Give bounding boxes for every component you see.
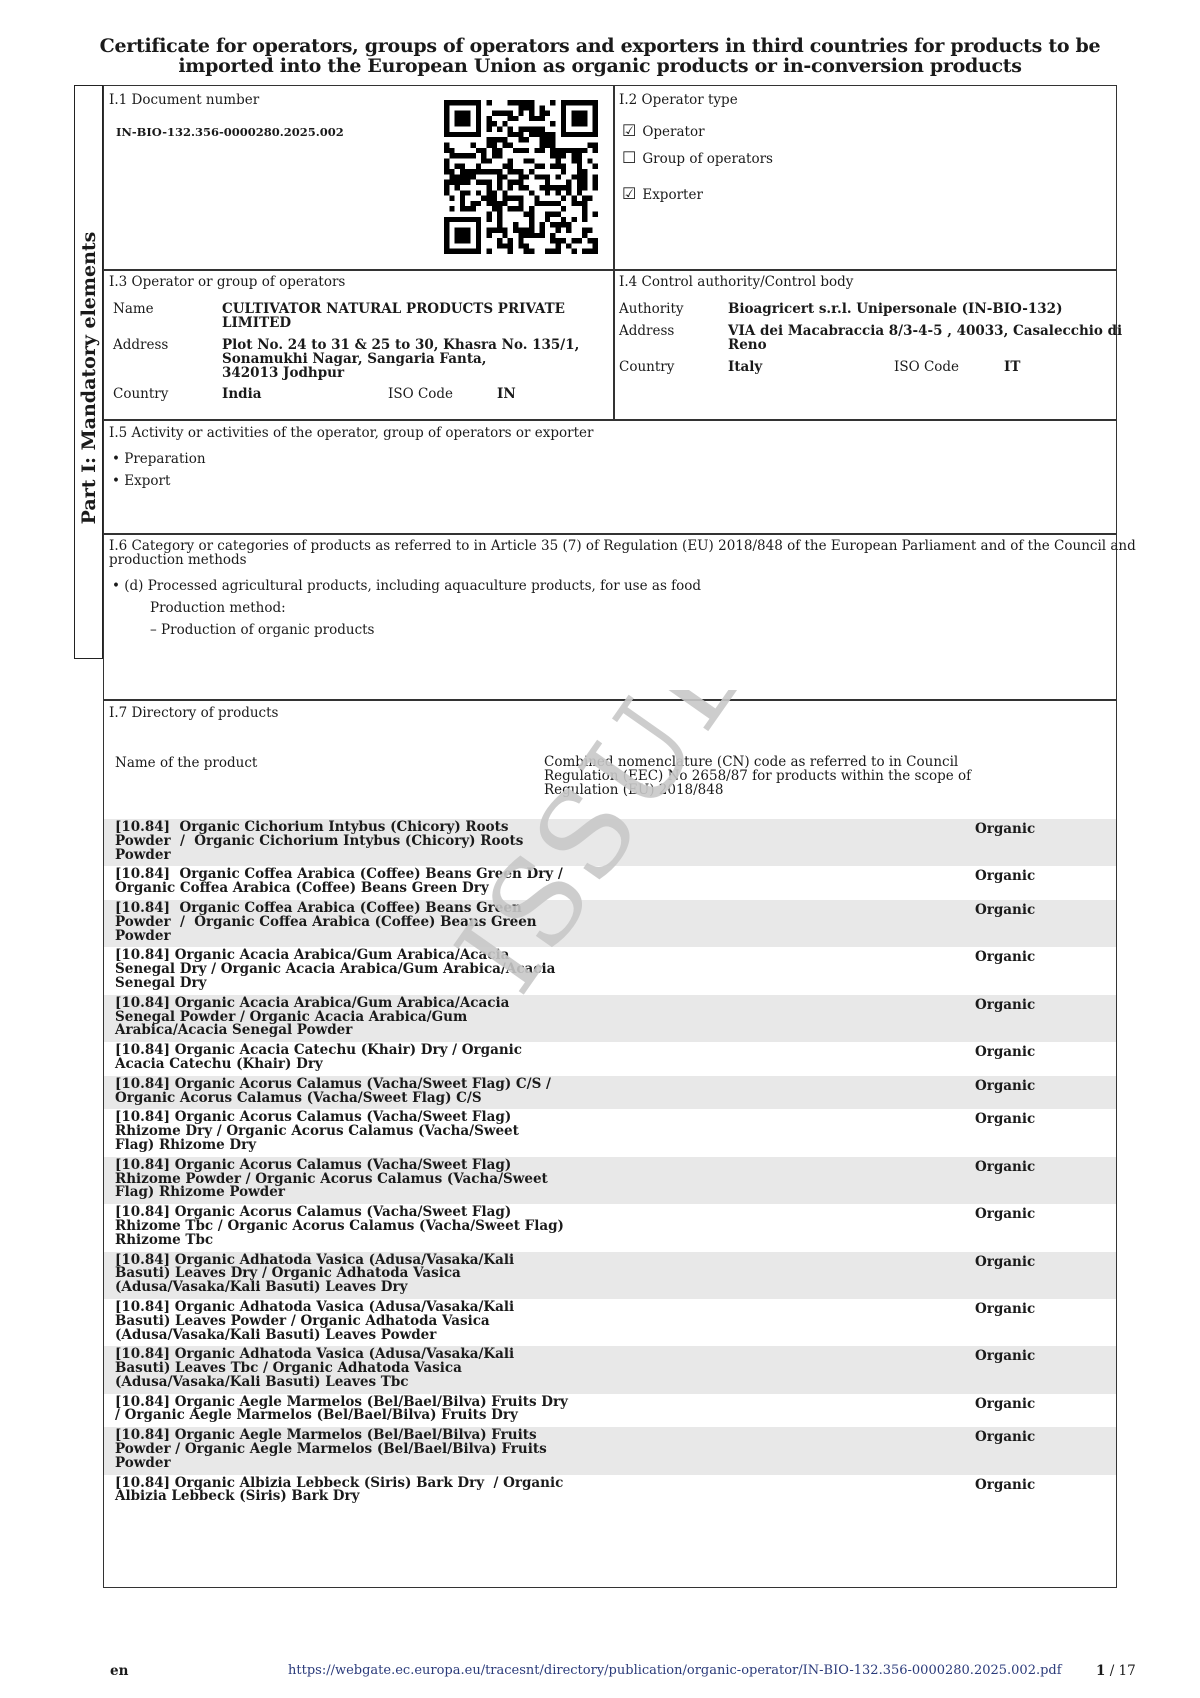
product-name-line: Flag) Rhizome Dry: [115, 1139, 536, 1153]
address-line: VIA dei Macabraccia 8/3-4-5 , 40033, Cas…: [728, 324, 1122, 338]
product-name: [10.84] Organic Acorus Calamus (Vacha/Sw…: [104, 1076, 544, 1110]
section-1-2-box: [613, 85, 1117, 271]
activity-item: • Export: [112, 473, 170, 489]
product-cn-code: [544, 1346, 975, 1393]
header-line: Regulation (EEC) No 2658/87 for products…: [544, 769, 971, 783]
address-line: 342013 Jodhpur: [222, 366, 579, 380]
section-1-7-label: I.7 Directory of products: [109, 705, 278, 721]
column-header-product-name: Name of the product: [115, 755, 257, 771]
product-name: [10.84] Organic Adhatoda Vasica (Adusa/V…: [104, 1346, 544, 1393]
product-name: [10.84] Organic Aegle Marmelos (Bel/Bael…: [104, 1394, 544, 1428]
checkbox-unchecked-icon[interactable]: ☐: [622, 148, 636, 167]
product-name-line: (Adusa/Vasaka/Kali Basuti) Leaves Dry: [115, 1281, 536, 1295]
language-code: en: [110, 1663, 128, 1679]
product-name-line: Powder / Organic Cichorium Intybus (Chic…: [115, 835, 536, 849]
table-row: [10.84] Organic Adhatoda Vasica (Adusa/V…: [104, 1346, 1116, 1393]
label-line: I.6 Category or categories of products a…: [109, 539, 1136, 553]
production-method: – Production of organic products: [150, 622, 374, 638]
product-status: Organic: [975, 1394, 1116, 1428]
title-line-1: Certificate for operators, groups of ope…: [80, 36, 1120, 56]
product-name: [10.84] Organic Adhatoda Vasica (Adusa/V…: [104, 1299, 544, 1346]
product-status: Organic: [975, 947, 1116, 994]
product-name: [10.84] Organic Cichorium Intybus (Chico…: [104, 819, 544, 866]
product-name: [10.84] Organic Adhatoda Vasica (Adusa/V…: [104, 1252, 544, 1299]
product-name-line: (Adusa/Vasaka/Kali Basuti) Leaves Powder: [115, 1329, 536, 1343]
document-number: IN-BIO-132.356-0000280.2025.002: [116, 125, 344, 139]
header-line: Regulation (EU) 2018/848: [544, 783, 971, 797]
product-status: Organic: [975, 1299, 1116, 1346]
product-name: [10.84] Organic Acacia Catechu (Khair) D…: [104, 1042, 544, 1076]
product-cn-code: [544, 1475, 975, 1509]
product-status: Organic: [975, 1042, 1116, 1076]
product-cn-code: [544, 900, 975, 947]
operator-type-group[interactable]: ☐Group of operators: [622, 148, 773, 167]
activity-item: • Preparation: [112, 451, 206, 467]
product-name: [10.84] Organic Albizia Lebbeck (Siris) …: [104, 1475, 544, 1509]
product-name-line: Organic Coffea Arabica (Coffee) Beans Gr…: [115, 882, 536, 896]
product-name-line: Powder / Organic Coffea Arabica (Coffee)…: [115, 916, 536, 930]
product-name-line: Senegal Dry: [115, 977, 536, 991]
product-cn-code: [544, 866, 975, 900]
product-status: Organic: [975, 1109, 1116, 1156]
option-label: Exporter: [642, 187, 703, 203]
product-name: [10.84] Organic Acorus Calamus (Vacha/Sw…: [104, 1204, 544, 1251]
operator-iso-label: ISO Code: [388, 386, 453, 402]
product-name-line: Powder: [115, 849, 536, 863]
part-label-text: Part I: Mandatory elements: [78, 231, 100, 524]
address-line: Plot No. 24 to 31 & 25 to 30, Khasra No.…: [222, 338, 579, 352]
address-line: Sonamukhi Nagar, Sangaria Fanta,: [222, 352, 579, 366]
authority-iso-label: ISO Code: [894, 359, 959, 375]
product-name-line: Powder: [115, 1457, 536, 1471]
operator-country-label: Country: [113, 386, 168, 402]
column-header-cn-code: Combined nomenclature (CN) code as refer…: [544, 755, 971, 797]
operator-iso: IN: [497, 387, 516, 401]
operator-name-line: LIMITED: [222, 316, 565, 330]
product-category: • (d) Processed agricultural products, i…: [112, 578, 701, 594]
product-cn-code: [544, 1076, 975, 1110]
certificate-title: Certificate for operators, groups of ope…: [80, 36, 1120, 76]
section-1-1-label: I.1 Document number: [109, 92, 259, 108]
table-row: [10.84] Organic Aegle Marmelos (Bel/Bael…: [104, 1394, 1116, 1428]
product-cn-code: [544, 1427, 975, 1474]
table-row: [10.84] Organic Acacia Arabica/Gum Arabi…: [104, 995, 1116, 1042]
table-row: [10.84] Organic Acorus Calamus (Vacha/Sw…: [104, 1109, 1116, 1156]
product-name-line: Powder / Organic Aegle Marmelos (Bel/Bae…: [115, 1443, 536, 1457]
authority-country: Italy: [728, 360, 762, 374]
product-status: Organic: [975, 1346, 1116, 1393]
product-cn-code: [544, 995, 975, 1042]
operator-name-label: Name: [113, 301, 154, 317]
qr-code-icon: [444, 100, 598, 254]
operator-type-exporter[interactable]: ☑Exporter: [622, 184, 703, 203]
product-name: [10.84] Organic Acorus Calamus (Vacha/Sw…: [104, 1109, 544, 1156]
option-label: Operator: [642, 124, 704, 140]
product-status: Organic: [975, 1157, 1116, 1204]
page-number: 1: [1096, 1663, 1105, 1679]
product-name-line: / Organic Aegle Marmelos (Bel/Bael/Bilva…: [115, 1409, 536, 1423]
title-line-2: imported into the European Union as orga…: [80, 56, 1120, 76]
operator-type-operator[interactable]: ☑Operator: [622, 121, 705, 140]
table-row: [10.84] Organic Acacia Arabica/Gum Arabi…: [104, 947, 1116, 994]
header-line: Combined nomenclature (CN) code as refer…: [544, 755, 971, 769]
document-url-link[interactable]: https://webgate.ec.europa.eu/tracesnt/di…: [288, 1663, 1062, 1678]
authority-address-label: Address: [619, 323, 674, 339]
table-row: [10.84] Organic Acorus Calamus (Vacha/Sw…: [104, 1204, 1116, 1251]
operator-country: India: [222, 387, 261, 401]
product-name: [10.84] Organic Aegle Marmelos (Bel/Bael…: [104, 1427, 544, 1474]
product-cn-code: [544, 1157, 975, 1204]
product-status: Organic: [975, 866, 1116, 900]
product-status: Organic: [975, 1204, 1116, 1251]
product-status: Organic: [975, 995, 1116, 1042]
section-1-2-label: I.2 Operator type: [619, 92, 738, 108]
product-status: Organic: [975, 900, 1116, 947]
operator-address-label: Address: [113, 337, 168, 353]
product-name: [10.84] Organic Acacia Arabica/Gum Arabi…: [104, 947, 544, 994]
authority-label: Authority: [619, 301, 684, 317]
section-1-4-label: I.4 Control authority/Control body: [619, 274, 853, 290]
table-row: [10.84] Organic Adhatoda Vasica (Adusa/V…: [104, 1299, 1116, 1346]
part-label: Part I: Mandatory elements: [74, 85, 103, 659]
page-separator: /: [1105, 1663, 1118, 1679]
product-name: [10.84] Organic Coffea Arabica (Coffee) …: [104, 866, 544, 900]
production-method-label: Production method:: [150, 600, 286, 616]
section-1-6-label: I.6 Category or categories of products a…: [109, 539, 1136, 567]
product-status: Organic: [975, 1252, 1116, 1299]
product-name-line: Acacia Catechu (Khair) Dry: [115, 1058, 536, 1072]
checkbox-checked-icon[interactable]: ☑: [622, 184, 636, 203]
product-name-line: Organic Acorus Calamus (Vacha/Sweet Flag…: [115, 1092, 536, 1106]
table-row: [10.84] Organic Coffea Arabica (Coffee) …: [104, 900, 1116, 947]
product-cn-code: [544, 1252, 975, 1299]
authority-country-label: Country: [619, 359, 674, 375]
product-name-line: Rhizome Tbc: [115, 1234, 536, 1248]
product-cn-code: [544, 1042, 975, 1076]
option-label: Group of operators: [642, 151, 773, 167]
authority-name: Bioagricert s.r.l. Unipersonale (IN-BIO-…: [728, 302, 1062, 316]
table-row: [10.84] Organic Acorus Calamus (Vacha/Sw…: [104, 1076, 1116, 1110]
label-line: production methods: [109, 553, 1136, 567]
table-row: [10.84] Organic Coffea Arabica (Coffee) …: [104, 866, 1116, 900]
table-row: [10.84] Organic Acorus Calamus (Vacha/Sw…: [104, 1157, 1116, 1204]
checkbox-checked-icon[interactable]: ☑: [622, 121, 636, 140]
table-row: [10.84] Organic Acacia Catechu (Khair) D…: [104, 1042, 1116, 1076]
product-name-line: Flag) Rhizome Powder: [115, 1186, 536, 1200]
product-status: Organic: [975, 1427, 1116, 1474]
address-line: Reno: [728, 338, 1122, 352]
product-name-line: (Adusa/Vasaka/Kali Basuti) Leaves Tbc: [115, 1376, 536, 1390]
page-total: 17: [1119, 1663, 1136, 1679]
product-status: Organic: [975, 1475, 1116, 1509]
product-name-line: Albizia Lebbeck (Siris) Bark Dry: [115, 1490, 536, 1504]
section-1-5-label: I.5 Activity or activities of the operat…: [109, 425, 593, 441]
product-cn-code: [544, 1109, 975, 1156]
product-name-line: Arabica/Acacia Senegal Powder: [115, 1024, 536, 1038]
section-1-3-label: I.3 Operator or group of operators: [109, 274, 345, 290]
operator-name: CULTIVATOR NATURAL PRODUCTS PRIVATE LIMI…: [222, 302, 565, 330]
page-indicator: 1 / 17: [1096, 1663, 1136, 1679]
table-row: [10.84] Organic Cichorium Intybus (Chico…: [104, 819, 1116, 866]
authority-address: VIA dei Macabraccia 8/3-4-5 , 40033, Cas…: [728, 324, 1122, 352]
table-row: [10.84] Organic Aegle Marmelos (Bel/Bael…: [104, 1427, 1116, 1474]
products-table: [10.84] Organic Cichorium Intybus (Chico…: [104, 819, 1116, 1508]
product-name-line: Powder: [115, 930, 536, 944]
product-cn-code: [544, 819, 975, 866]
authority-iso: IT: [1004, 360, 1020, 374]
product-name: [10.84] Organic Acacia Arabica/Gum Arabi…: [104, 995, 544, 1042]
table-row: [10.84] Organic Albizia Lebbeck (Siris) …: [104, 1475, 1116, 1509]
product-name: [10.84] Organic Acorus Calamus (Vacha/Sw…: [104, 1157, 544, 1204]
operator-address: Plot No. 24 to 31 & 25 to 30, Khasra No.…: [222, 338, 579, 380]
table-row: [10.84] Organic Adhatoda Vasica (Adusa/V…: [104, 1252, 1116, 1299]
product-cn-code: [544, 1299, 975, 1346]
product-name: [10.84] Organic Coffea Arabica (Coffee) …: [104, 900, 544, 947]
product-cn-code: [544, 1394, 975, 1428]
product-cn-code: [544, 1204, 975, 1251]
operator-name-line: CULTIVATOR NATURAL PRODUCTS PRIVATE: [222, 302, 565, 316]
product-status: Organic: [975, 1076, 1116, 1110]
product-cn-code: [544, 947, 975, 994]
product-status: Organic: [975, 819, 1116, 866]
